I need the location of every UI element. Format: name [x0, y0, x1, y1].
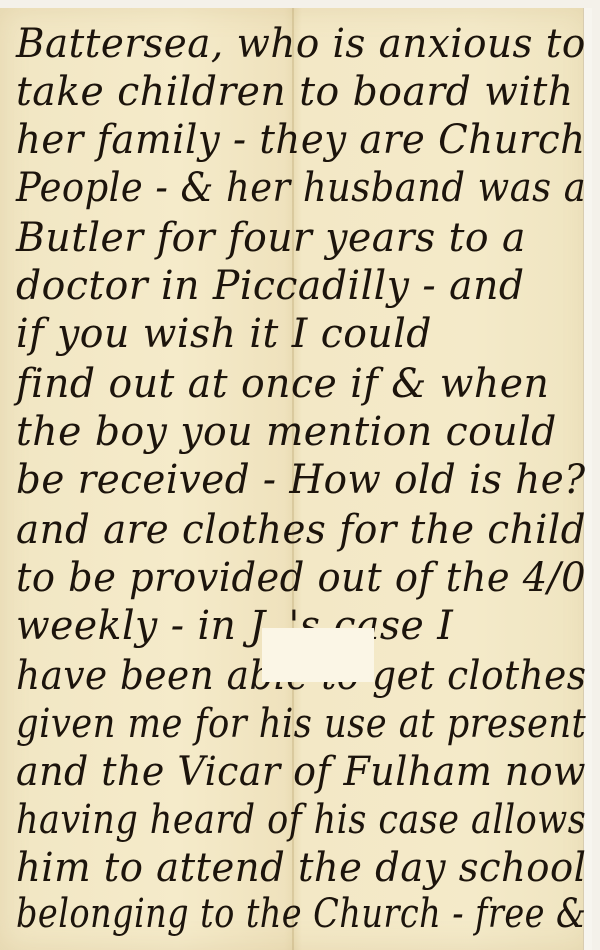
handwritten-line-1: Battersea, who is anxious to	[16, 22, 579, 66]
handwritten-line-10: be received - How old is he?	[16, 458, 579, 502]
handwritten-line-16: and the Vicar of Fulham now	[16, 750, 566, 794]
handwritten-line-15: given me for his use at present	[16, 702, 529, 746]
handwritten-line-17: having heard of his case allows	[16, 798, 525, 842]
handwritten-line-18: him to attend the day school	[16, 846, 574, 890]
handwritten-line-19: belonging to the Church - free &	[16, 892, 503, 936]
handwritten-line-12: to be provided out of the 4/0	[16, 556, 573, 600]
handwritten-line-8: find out at once if & when	[16, 362, 586, 406]
handwritten-line-2: take children to board with	[16, 70, 586, 114]
handwritten-line-6: doctor in Piccadilly - and	[16, 264, 586, 308]
handwritten-line-11: and are clothes for the child	[16, 508, 578, 552]
handwritten-line-4: People - & her husband was a	[16, 166, 551, 210]
handwritten-line-7: if you wish it I could	[16, 312, 586, 356]
letter-page: Battersea, who is anxious to take childr…	[0, 8, 592, 950]
handwritten-line-5: Butler for four years to a	[16, 216, 586, 260]
handwritten-line-3: her family - they are Church	[16, 118, 577, 162]
handwritten-line-9: the boy you mention could	[16, 410, 586, 454]
redaction-block	[262, 628, 374, 682]
